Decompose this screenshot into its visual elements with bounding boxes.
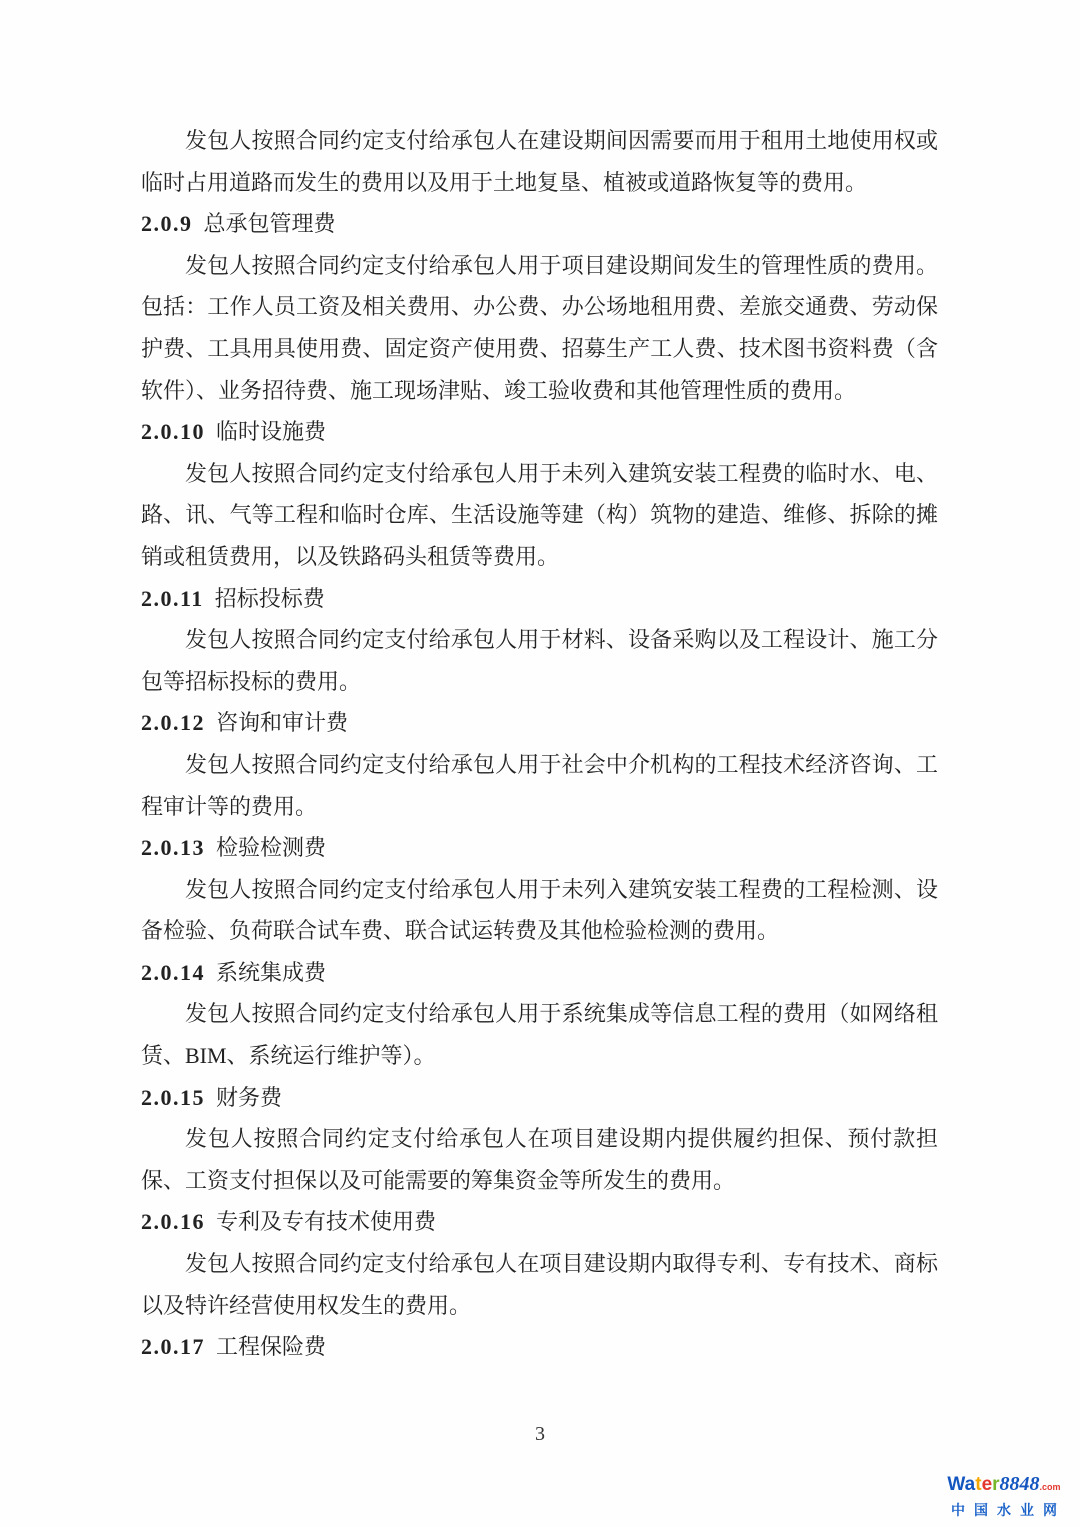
section-paragraph: 发包人按照合同约定支付给承包人用于未列入建筑安装工程费的临时水、电、路、讯、气等… bbox=[141, 453, 938, 578]
wordmark-letter: a bbox=[965, 1474, 976, 1495]
wordmark-letter: e bbox=[982, 1474, 993, 1495]
section: 2.0.14系统集成费 发包人按照合同约定支付给承包人用于系统集成等信息工程的费… bbox=[141, 952, 938, 1077]
sections-container: 2.0.9总承包管理费 发包人按照合同约定支付给承包人用于项目建设期间发生的管理… bbox=[141, 203, 938, 1368]
section-paragraph: 发包人按照合同约定支付给承包人用于未列入建筑安装工程费的工程检测、设备检验、负荷… bbox=[141, 869, 938, 952]
page-number: 3 bbox=[0, 1420, 1080, 1448]
section-number: 2.0.15 bbox=[141, 1085, 205, 1110]
wordmark-letter: W bbox=[947, 1474, 964, 1495]
section-number: 2.0.16 bbox=[141, 1209, 205, 1234]
section-title: 财务费 bbox=[216, 1085, 282, 1110]
section-title: 工程保险费 bbox=[216, 1334, 326, 1359]
section-number: 2.0.11 bbox=[141, 586, 204, 611]
section: 2.0.13检验检测费 发包人按照合同约定支付给承包人用于未列入建筑安装工程费的… bbox=[141, 827, 938, 952]
section-title: 系统集成费 bbox=[216, 960, 326, 985]
wordmark-letter: 8848 bbox=[1000, 1473, 1040, 1495]
paragraph-continuation: 发包人按照合同约定支付给承包人在建设期间因需要而用于租用土地使用权或临时占用道路… bbox=[141, 120, 938, 203]
section-title: 专利及专有技术使用费 bbox=[216, 1209, 436, 1234]
water8848-logo: Water8848.com 中国水业网 bbox=[940, 1474, 1068, 1520]
section-heading: 2.0.10临时设施费 bbox=[141, 411, 938, 453]
section-paragraph: 发包人按照合同约定支付给承包人在项目建设期内提供履约担保、预付款担保、工资支付担… bbox=[141, 1118, 938, 1201]
section-heading: 2.0.14系统集成费 bbox=[141, 952, 938, 994]
wordmark-letter: .com bbox=[1040, 1482, 1061, 1492]
section-number: 2.0.13 bbox=[141, 835, 205, 860]
section-heading: 2.0.15财务费 bbox=[141, 1077, 938, 1119]
section-number: 2.0.9 bbox=[141, 211, 193, 236]
section-paragraph: 发包人按照合同约定支付给承包人在项目建设期内取得专利、专有技术、商标以及特许经营… bbox=[141, 1243, 938, 1326]
water8848-wordmark: Water8848.com bbox=[940, 1474, 1068, 1498]
section: 2.0.9总承包管理费 发包人按照合同约定支付给承包人用于项目建设期间发生的管理… bbox=[141, 203, 938, 411]
section-title: 临时设施费 bbox=[216, 419, 326, 444]
document-page: 发包人按照合同约定支付给承包人在建设期间因需要而用于租用土地使用权或临时占用道路… bbox=[0, 0, 1080, 1527]
section-paragraph: 发包人按照合同约定支付给承包人用于材料、设备采购以及工程设计、施工分包等招标投标… bbox=[141, 619, 938, 702]
wordmark-letter: r bbox=[992, 1474, 999, 1495]
section-heading: 2.0.12咨询和审计费 bbox=[141, 702, 938, 744]
section-heading: 2.0.11招标投标费 bbox=[141, 578, 938, 620]
section: 2.0.16专利及专有技术使用费 发包人按照合同约定支付给承包人在项目建设期内取… bbox=[141, 1201, 938, 1326]
document-body: 发包人按照合同约定支付给承包人在建设期间因需要而用于租用土地使用权或临时占用道路… bbox=[141, 120, 938, 1368]
section: 2.0.11招标投标费 发包人按照合同约定支付给承包人用于材料、设备采购以及工程… bbox=[141, 578, 938, 703]
section-heading: 2.0.17工程保险费 bbox=[141, 1326, 938, 1368]
section-number: 2.0.14 bbox=[141, 960, 205, 985]
section-number: 2.0.17 bbox=[141, 1334, 205, 1359]
section-number: 2.0.10 bbox=[141, 419, 205, 444]
section: 2.0.17工程保险费 bbox=[141, 1326, 938, 1368]
section-title: 检验检测费 bbox=[216, 835, 326, 860]
section-heading: 2.0.13检验检测费 bbox=[141, 827, 938, 869]
section-title: 招标投标费 bbox=[215, 586, 325, 611]
section-heading: 2.0.9总承包管理费 bbox=[141, 203, 938, 245]
section: 2.0.12咨询和审计费 发包人按照合同约定支付给承包人用于社会中介机构的工程技… bbox=[141, 702, 938, 827]
water8848-subtitle: 中国水业网 bbox=[940, 1500, 1068, 1520]
section: 2.0.10临时设施费 发包人按照合同约定支付给承包人用于未列入建筑安装工程费的… bbox=[141, 411, 938, 577]
section-heading: 2.0.16专利及专有技术使用费 bbox=[141, 1201, 938, 1243]
section-title: 咨询和审计费 bbox=[216, 710, 348, 735]
section-paragraph: 发包人按照合同约定支付给承包人用于系统集成等信息工程的费用（如网络租赁、BIM、… bbox=[141, 993, 938, 1076]
section-title: 总承包管理费 bbox=[204, 211, 336, 236]
section-paragraph: 发包人按照合同约定支付给承包人用于社会中介机构的工程技术经济咨询、工程审计等的费… bbox=[141, 744, 938, 827]
section-paragraph: 发包人按照合同约定支付给承包人用于项目建设期间发生的管理性质的费用。包括：工作人… bbox=[141, 245, 938, 411]
section-number: 2.0.12 bbox=[141, 710, 205, 735]
section: 2.0.15财务费 发包人按照合同约定支付给承包人在项目建设期内提供履约担保、预… bbox=[141, 1077, 938, 1202]
